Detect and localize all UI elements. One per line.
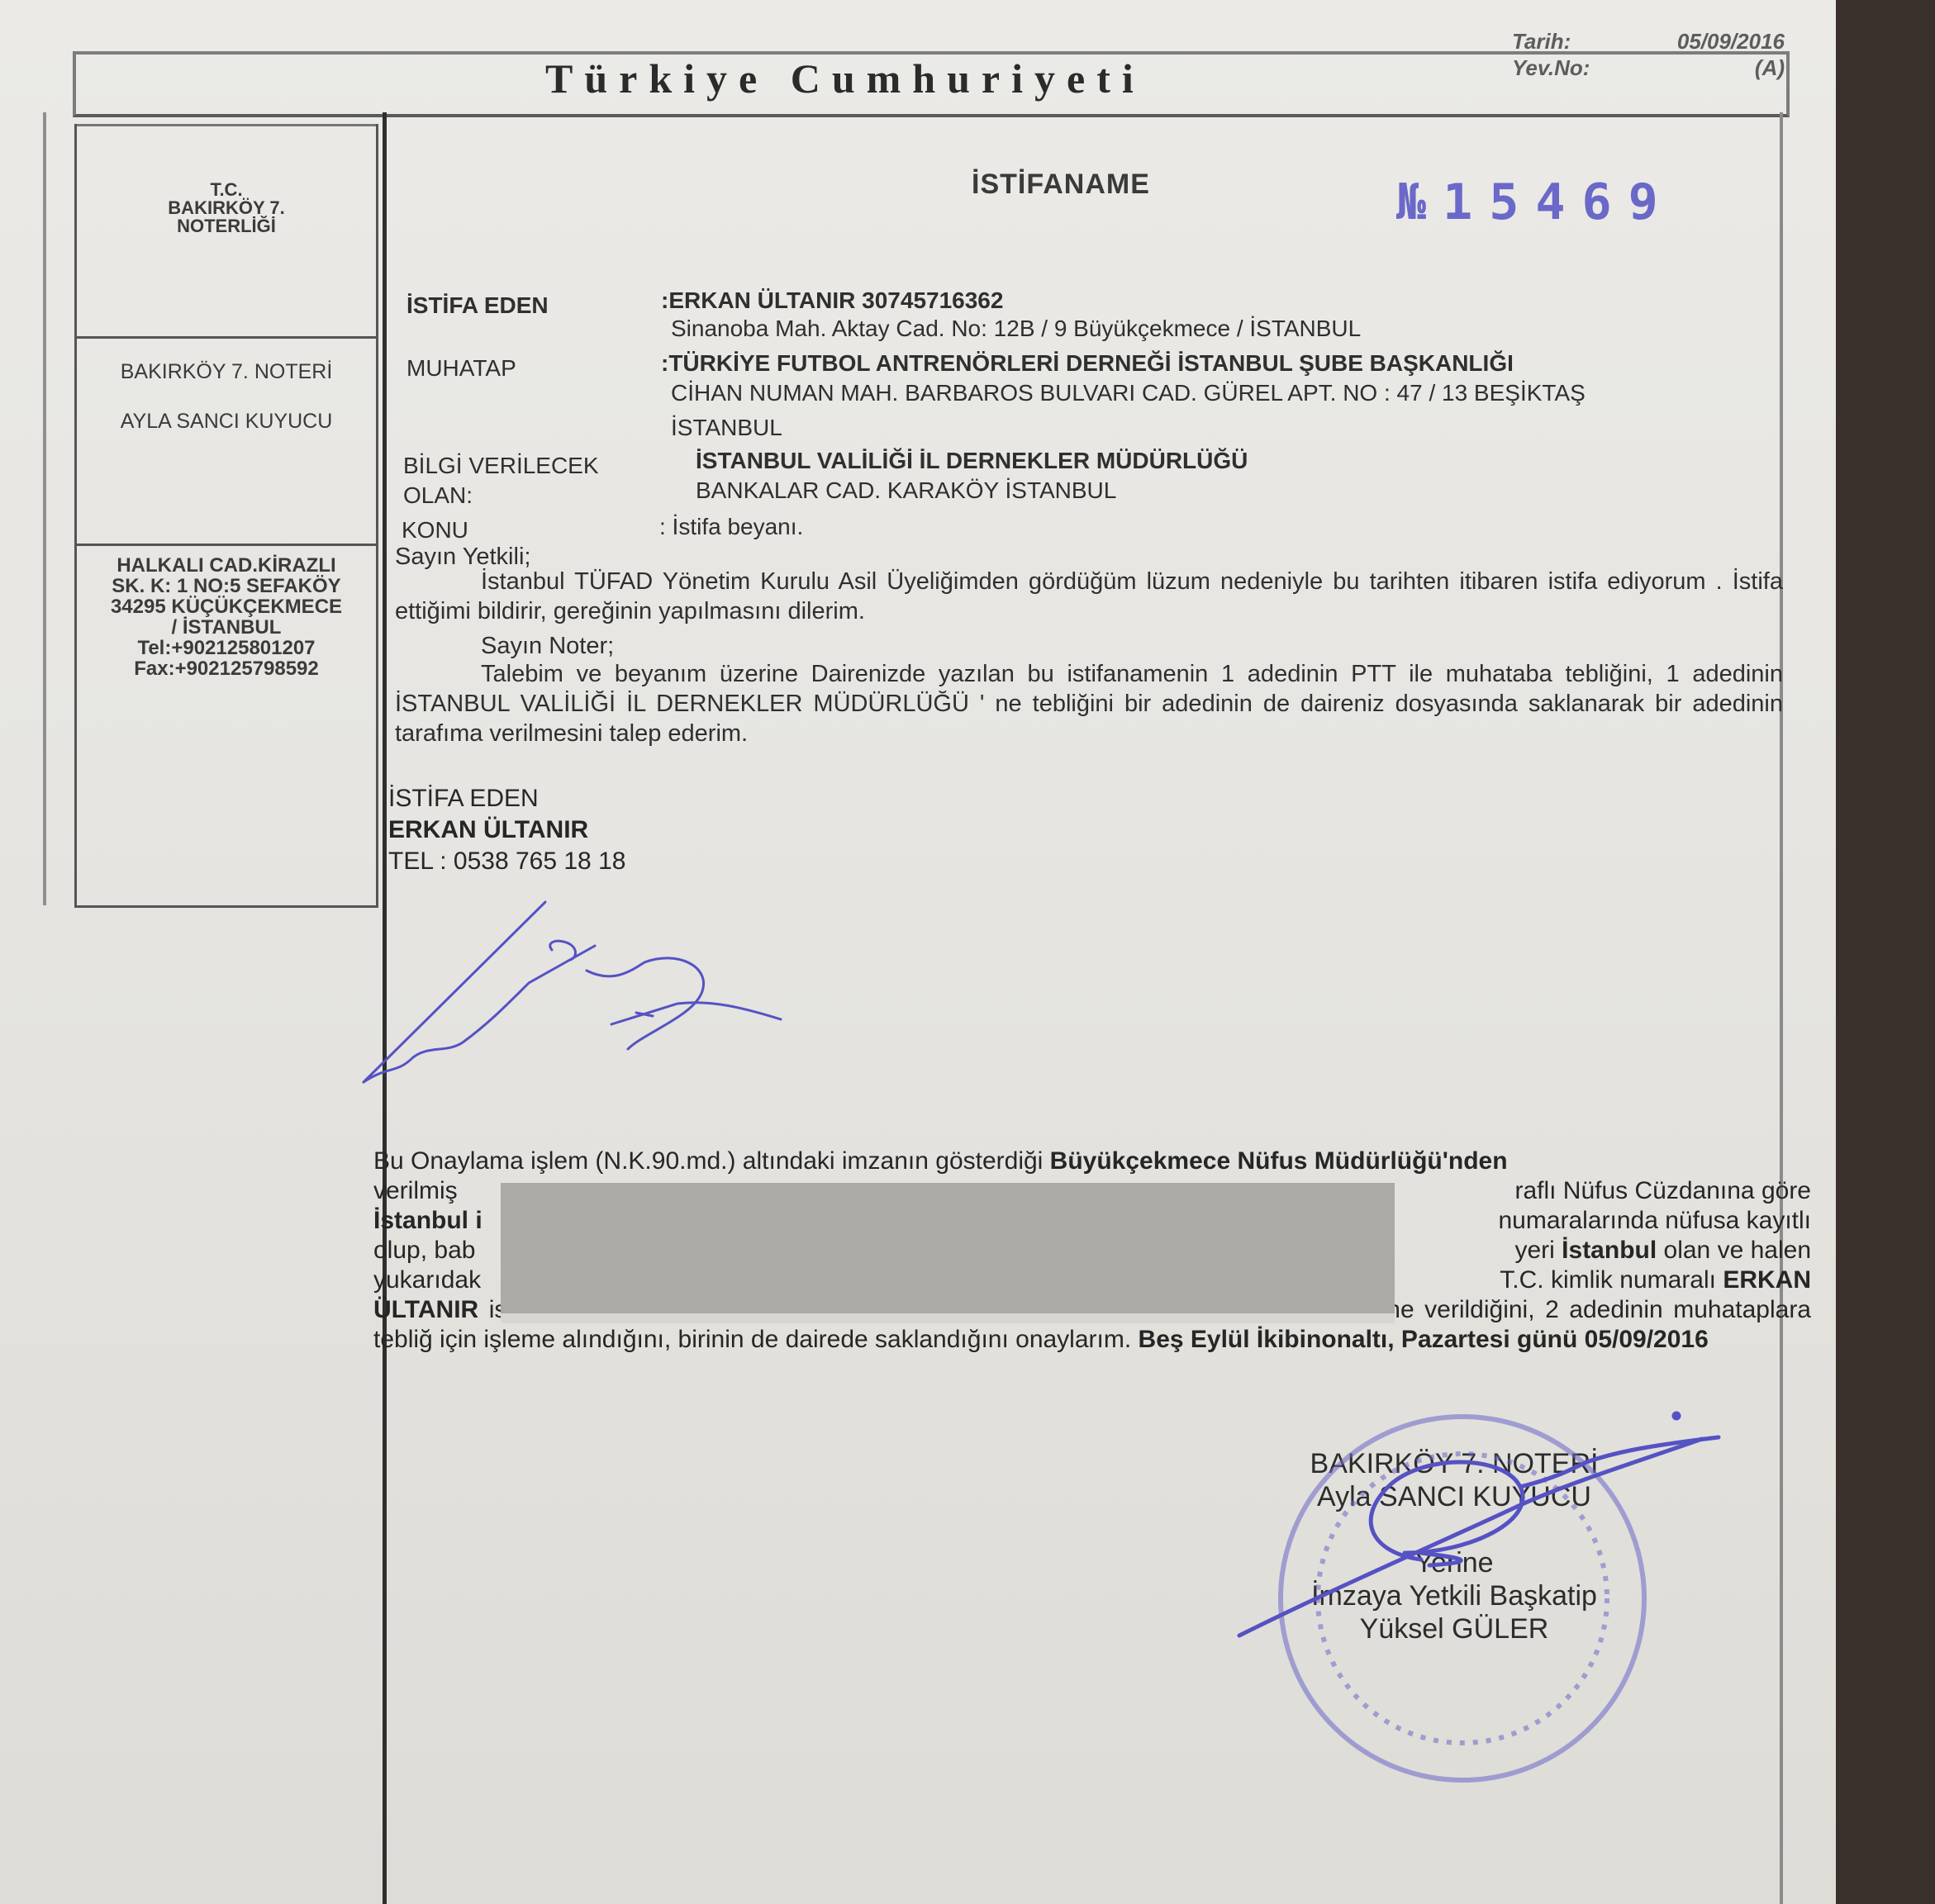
resigner-name: ERKAN ÜLTANIR (388, 814, 625, 846)
table-surface (1826, 0, 1935, 1904)
approval-text: yukarıdak (373, 1266, 481, 1294)
stamp-number: №15469 (1396, 173, 1675, 231)
column-divider (383, 112, 387, 1904)
field-value-subject: : İstifa beyanı. (659, 514, 803, 540)
page-title: Türkiye Cumhuriyeti (545, 55, 1145, 102)
notary-cell: BAKIRKÖY 7. NOTERİ AYLA SANCI KUYUCU (77, 337, 376, 546)
notary-sidebar: T.C. BAKIRKÖY 7. NOTERLİĞİ BAKIRKÖY 7. N… (74, 124, 378, 908)
info-address: BANKALAR CAD. KARAKÖY İSTANBUL (696, 477, 1116, 504)
approval-text: T.C. kimlik numaralı (1500, 1266, 1723, 1294)
approval-text: numaralarında nüfusa kayıtlı (1498, 1206, 1811, 1236)
approval-bold: İstanbul i (373, 1207, 483, 1234)
field-value-addressee: :TÜRKİYE FUTBOL ANTRENÖRLERİ DERNEĞİ İST… (661, 350, 1514, 377)
address-line: HALKALI CAD.KİRAZLI (77, 555, 376, 576)
field-label-subject: KONU (402, 517, 468, 544)
address-line: 34295 KÜÇÜKÇEKMECE (77, 596, 376, 617)
address-line: SK. K: 1 NO:5 SEFAKÖY (77, 576, 376, 596)
notary-title: BAKIRKÖY 7. NOTERİ (77, 360, 376, 384)
resignation-text: İstanbul TÜFAD Yönetim Kurulu Asil Üyeli… (395, 567, 1783, 626)
redaction-edge (501, 1313, 1395, 1323)
approval-date: Beş Eylül İkibinonaltı, Pazartesi günü 0… (1139, 1326, 1709, 1353)
approval-text: yeri (1514, 1237, 1562, 1264)
notary-signature-block: BAKIRKÖY 7. NOTERİ Ayla SANCI KUYUCU Yer… (1239, 1447, 1669, 1645)
resigner-signature-icon (364, 902, 781, 1082)
authorized-clerk-label: İmzaya Yetkili Başkatip (1239, 1579, 1669, 1612)
document-title: İSTİFANAME (972, 169, 1150, 201)
approval-text: verilmiş (373, 1177, 458, 1204)
field-label-info-2: OLAN: (403, 482, 473, 509)
office-line: BAKIRKÖY 7. (77, 199, 376, 217)
approval-bold: ÜLTANIR (373, 1296, 478, 1323)
office-cell: T.C. BAKIRKÖY 7. NOTERLİĞİ (77, 124, 376, 339)
document-page: Tarih:05/09/2016 Yev.No:(A) Türkiye Cumh… (0, 0, 1836, 1904)
approval-text: raflı Nüfus Cüzdanına göre (1514, 1176, 1811, 1206)
field-value-info: İSTANBUL VALİLİĞİ İL DERNEKLER MÜDÜRLÜĞÜ (696, 448, 1248, 474)
resigner-phone: TEL : 0538 765 18 18 (388, 846, 625, 877)
address-line: / İSTANBUL (77, 617, 376, 638)
field-label-addressee: MUHATAP (406, 355, 516, 382)
resigner-label: İSTİFA EDEN (388, 783, 625, 814)
on-behalf-label: Yerine (1239, 1546, 1669, 1579)
request-text: Talebim ve beyanım üzerine Dairenizde ya… (395, 659, 1783, 748)
right-border (1780, 112, 1783, 1904)
notary-name: AYLA SANCI KUYUCU (77, 410, 376, 434)
approval-bold: ERKAN (1723, 1266, 1811, 1294)
approval-text: olup, bab (373, 1237, 475, 1264)
resigner-signature-block: İSTİFA EDEN ERKAN ÜLTANIR TEL : 0538 765… (388, 783, 625, 877)
field-value-resigner: :ERKAN ÜLTANIR 30745716362 (661, 287, 1003, 314)
salutation-notary: Sayın Noter; (395, 631, 1783, 661)
office-line: NOTERLİĞİ (77, 217, 376, 235)
approval-text: Bu Onaylama işlem (N.K.90.md.) altındaki… (373, 1147, 1050, 1175)
fax-line: Fax:+902125798592 (77, 658, 376, 679)
approval-bold: İstanbul (1562, 1237, 1657, 1264)
notary-office: BAKIRKÖY 7. NOTERİ (1239, 1447, 1669, 1480)
addressee-address: CİHAN NUMAN MAH. BARBAROS BULVARI CAD. G… (671, 380, 1586, 406)
field-label-info: BİLGİ VERİLECEK (403, 453, 599, 479)
approval-text: olan ve halen (1657, 1237, 1811, 1264)
field-label-resigner: İSTİFA EDEN (406, 292, 549, 319)
address-cell: HALKALI CAD.KİRAZLI SK. K: 1 NO:5 SEFAKÖ… (77, 545, 376, 905)
authorized-clerk-name: Yüksel GÜLER (1239, 1612, 1669, 1645)
redaction-box (501, 1183, 1395, 1313)
addressee-city: İSTANBUL (671, 415, 782, 441)
office-line: T.C. (77, 181, 376, 199)
approval-bold: Büyükçekmece Nüfus Müdürlüğü'nden (1050, 1147, 1508, 1175)
resigner-address: Sinanoba Mah. Aktay Cad. No: 12B / 9 Büy… (671, 316, 1361, 342)
notary-name-line: Ayla SANCI KUYUCU (1239, 1480, 1669, 1513)
phone-line: Tel:+902125801207 (77, 638, 376, 658)
